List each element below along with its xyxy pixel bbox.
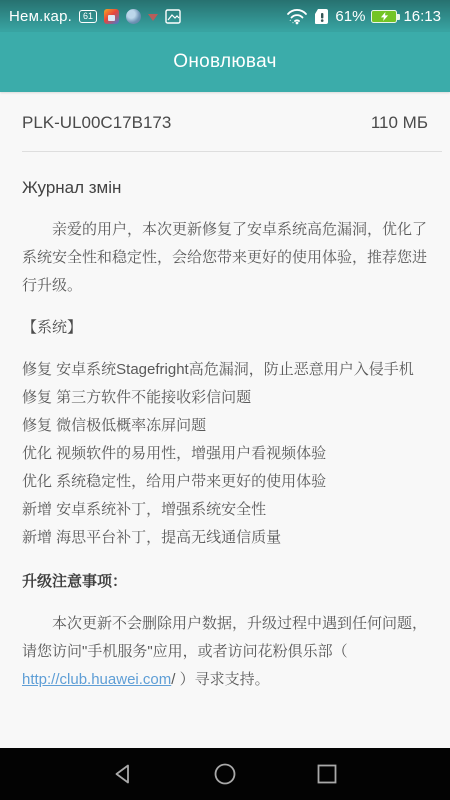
update-size-label: 110 МБ <box>371 113 428 133</box>
firmware-version-label: PLK-UL00C17B173 <box>22 113 171 133</box>
battery-percent-label: 61% <box>335 8 365 25</box>
changelog-section: Журнал змін 亲爱的用户，本次更新修复了安卓系统高危漏洞，优化了系统安… <box>0 174 450 694</box>
page-title: Оновлювач <box>173 51 276 73</box>
upgrade-notes-paragraph: 本次更新不会删除用户数据，升级过程中遇到任何问题，请您访问"手机服务"应用，或者… <box>22 610 428 694</box>
changelog-item: 修复 微信极低概率冻屏问题 <box>22 412 428 440</box>
carrier-label: Нем.кар. <box>9 8 72 25</box>
battery-charging-icon <box>371 10 397 23</box>
divider <box>22 151 442 152</box>
changelog-item: 修复 第三方软件不能接收彩信问题 <box>22 384 428 412</box>
phone-screen: Нем.кар. 61 61% <box>0 0 450 800</box>
download-arrow-icon <box>148 14 158 21</box>
changelog-intro: 亲爱的用户，本次更新修复了安卓系统高危漏洞，优化了系统安全性和稳定性，会给您带来… <box>22 216 428 300</box>
home-button[interactable] <box>213 762 237 786</box>
changelog-item: 修复 安卓系统Stagefright高危漏洞，防止恶意用户入侵手机 <box>22 356 428 384</box>
notification-app-icon <box>104 9 119 24</box>
system-section-label: 【系统】 <box>22 314 428 342</box>
sim-card-icon <box>314 8 329 25</box>
changelog-item: 新增 安卓系统补丁，增强系统安全性 <box>22 496 428 524</box>
clock-label: 16:13 <box>403 8 441 25</box>
changelog-item: 新增 海思平台补丁，提高无线通信质量 <box>22 524 428 552</box>
changelog-item: 优化 系统稳定性，给用户带来更好的使用体验 <box>22 468 428 496</box>
app-header: Оновлювач <box>0 32 450 92</box>
status-bar: Нем.кар. 61 61% <box>0 0 450 32</box>
back-button[interactable] <box>111 762 135 786</box>
status-bar-left: Нем.кар. 61 <box>9 8 181 25</box>
update-content: PLK-UL00C17B173 110 МБ Журнал змін 亲爱的用户… <box>0 92 450 748</box>
recents-button[interactable] <box>315 762 339 786</box>
battery-percent-badge-icon: 61 <box>79 10 97 23</box>
upgrade-notes-title: 升级注意事项： <box>22 568 428 596</box>
huawei-club-link[interactable]: http://club.huawei.com <box>22 671 171 688</box>
screenshot-icon <box>165 9 181 24</box>
status-bar-right: 61% 16:13 <box>286 7 441 25</box>
changelog-item: 优化 视频软件的易用性，增强用户看视频体验 <box>22 440 428 468</box>
notes-text-after-link: / ）寻求支持。 <box>171 671 269 688</box>
version-row: PLK-UL00C17B173 110 МБ <box>0 92 450 151</box>
changelog-items: 修复 安卓系统Stagefright高危漏洞，防止恶意用户入侵手机 修复 第三方… <box>22 356 428 552</box>
wifi-icon <box>286 8 308 25</box>
changelog-title: Журнал змін <box>22 174 428 202</box>
notes-text-before-link: 本次更新不会删除用户数据，升级过程中遇到任何问题，请您访问"手机服务"应用，或者… <box>22 615 427 660</box>
navigation-bar <box>0 748 450 800</box>
notification-circle-icon <box>126 9 141 24</box>
